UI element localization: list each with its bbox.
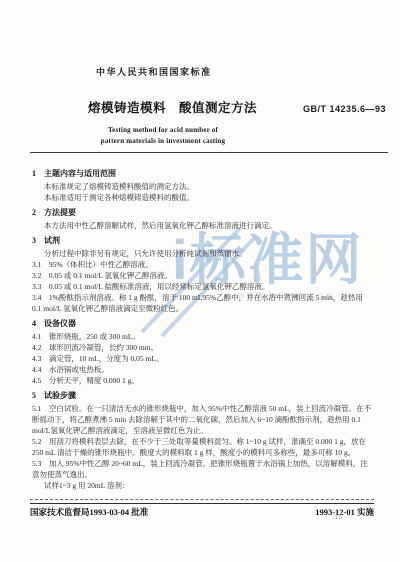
section-heading-2: 2 方法提要	[32, 207, 372, 218]
sample-solvent-note: 试样1~3 g 用 20mL 溶剂：	[32, 480, 372, 491]
clause-3-2: 3.2 0.05 或 0.1 mol/L 氢氧化钾乙醇溶液。	[32, 270, 372, 281]
document-title: 熔模铸造模料 酸值测定方法	[88, 98, 257, 116]
approval-note: 国家技术监督局1993-03-04 批准	[30, 506, 148, 518]
clause-5-1: 5.1 空白试验。在一只清洁无水的锥形烧瓶中，加入 95%中性乙醇溶液 50 m…	[32, 403, 372, 436]
standard-number: GB/T 14235.6—93	[303, 104, 386, 114]
clause-4-2: 4.2 球形回流冷凝管，长约 300 mm。	[32, 342, 372, 353]
english-subtitle-line1: Testing method for acid number of	[0, 126, 363, 134]
paragraph: 本标准适用于测定各种熔模铸造模料的酸值。	[32, 192, 372, 203]
section-heading-1: 1 主题内容与适用范围	[32, 168, 372, 179]
paragraph: 本方法用中性乙醇溶解试样，然后用氢氧化钾乙醇标准溶液进行滴定。	[32, 220, 372, 231]
document-content: 中华人民共和国国家标准 熔模铸造模料 酸值测定方法 GB/T 14235.6—9…	[0, 0, 400, 562]
clause-4-3: 4.3 滴定管，10 mL，分度为 0.05 mL。	[32, 353, 372, 364]
clause-5-3: 5.3 加入 95%中性乙醇 20~60 mL，装上回流冷凝管。把锥形烧瓶置于水…	[32, 458, 372, 480]
title-row: 熔模铸造模料 酸值测定方法 GB/T 14235.6—93	[88, 98, 386, 116]
section-heading-3: 3 试剂	[32, 235, 372, 246]
section-heading-4: 4 设备仪器	[32, 318, 372, 329]
english-subtitle-line2: pattern materials in investment casting	[0, 137, 363, 145]
section-heading-5: 5 试验步骤	[32, 390, 372, 401]
clause-4-1: 4.1 锥形烧瓶，250 或 300 mL。	[32, 331, 372, 342]
org-label: 中华人民共和国国家标准	[96, 65, 212, 78]
clause-3-4: 3.4 1%酚酞指示剂溶液。称 1 g 酚酞，溶于 100 mL95%乙醇中，并…	[32, 292, 372, 314]
footer-divider-solid	[30, 503, 374, 504]
clause-3-3: 3.3 0.05 或 0.1 mol/L 盐酸标准溶液，用以经常标定氢氧化钾乙醇…	[32, 281, 372, 292]
clause-3-1: 3.1 95%（体积比）中性乙醇溶液。	[32, 259, 372, 270]
document-body: 1 主题内容与适用范围 本标准规定了熔模铸造模料酸值的测定方法。 本标准适用于测…	[32, 167, 372, 498]
standard-document-page: i标准网 WWW.BZFXW.COM 中华人民共和国国家标准 熔模铸造模料 酸值…	[0, 0, 400, 562]
document-footer: 国家技术监督局1993-03-04 批准 1993-12-01 实施	[30, 506, 374, 518]
paragraph: 本标准规定了熔模铸造模料酸值的测定方法。	[32, 181, 372, 192]
clause-4-5: 4.5 分析天平，精度 0.000 1 g。	[32, 375, 372, 386]
paragraph: 分析过程中除非另有规定，只允许使用分析纯试剂和蒸馏水。	[32, 248, 372, 259]
clause-4-4: 4.4 水浴锅或电热板。	[32, 364, 372, 375]
footer-divider-dashed	[30, 499, 374, 500]
header-divider	[30, 152, 388, 153]
implementation-note: 1993-12-01 实施	[315, 506, 374, 518]
page-number: 15	[335, 514, 342, 521]
clause-5-2: 5.2 用刮刀将模料表层去除，在不少于三处取等量模料混匀。称 1~10 g 试样…	[32, 436, 372, 458]
